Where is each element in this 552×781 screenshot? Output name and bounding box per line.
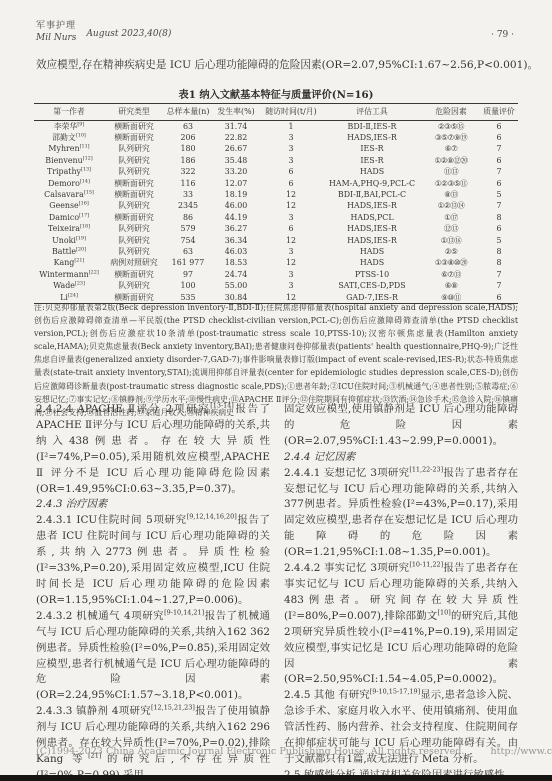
incidence-cell: 46.00 xyxy=(212,200,260,211)
risk-factors-cell: ①⑬⑯ xyxy=(422,234,480,245)
table-row: Teixeira[18]队列研究57936.276HADS,IES-R⑫⑬6 xyxy=(34,223,518,234)
table-row: Wade[23]队列研究10055.003SATI,CES-D,PDS⑥⑧7 xyxy=(34,280,518,291)
table-column-header: 第一作者 xyxy=(34,104,104,121)
study-type-cell: 横断面研究 xyxy=(104,269,164,280)
follow-up-cell: 3 xyxy=(260,280,322,291)
author-cell: Wade[23] xyxy=(34,280,104,291)
body-column-left: 2.4.2.4 APACHE Ⅱ评分 2项研究[13-14]报告了APACHE … xyxy=(36,402,270,781)
assessment-tools-cell: HAM-A,PHQ-9,PCL-C xyxy=(322,177,422,188)
table-row: Damico[17]横断面研究8644.193HADS,PCL①⑰8 xyxy=(34,212,518,223)
assessment-tools-cell: HADS,PCL xyxy=(322,212,422,223)
author-cell: Unoki[19] xyxy=(34,234,104,245)
sample-size-cell: 100 xyxy=(164,280,212,291)
study-type-cell: 队列研究 xyxy=(104,280,164,291)
sample-size-cell: 116 xyxy=(164,177,212,188)
risk-factors-cell: ②③⑤⑮ xyxy=(422,120,480,132)
follow-up-cell: 12 xyxy=(260,257,322,268)
copyright-text: (C)1994-2023 China Academic Journal Elec… xyxy=(36,746,464,757)
quality-score-cell: 6 xyxy=(480,223,518,234)
table-body: 李荣华[9]横断面研究6331.741BDI-Ⅱ,IES-R②③⑤⑮6邵勤文[1… xyxy=(34,120,518,303)
table-column-header: 总样本量(n) xyxy=(164,104,212,121)
journal-name-en: Mil Nurs xyxy=(36,32,76,44)
follow-up-cell: 12 xyxy=(260,234,322,245)
intro-line: 效应模型,存在精神疾病史是 ICU 后心理功能障碍的 危险因素(OR=2.07,… xyxy=(36,57,518,73)
follow-up-cell: 6 xyxy=(260,177,322,188)
body-paragraph: 固定效应模型,使用镇静剂是 ICU 后心理功能障碍的危险因素(OR=2.07,9… xyxy=(284,402,518,450)
quality-score-cell: 6 xyxy=(480,120,518,132)
risk-factors-cell: ①②⑬⑭ xyxy=(422,200,480,211)
table-row: Myhren[11]队列研究18026.673IES-R⑥⑦7 xyxy=(34,143,518,154)
incidence-cell: 35.48 xyxy=(212,155,260,166)
table-row: Wintermann[22]横断面研究9724.743PTSS-10⑥⑦⑬7 xyxy=(34,269,518,280)
study-type-cell: 横断面研究 xyxy=(104,189,164,200)
risk-factors-cell: ②⑤ xyxy=(422,246,480,257)
incidence-cell: 22.82 xyxy=(212,132,260,143)
follow-up-cell: 1 xyxy=(260,120,322,132)
table-column-header: 研究类型 xyxy=(104,104,164,121)
follow-up-cell: 6 xyxy=(260,223,322,234)
table-row: 邵勤文[10]横断面研究20622.823HADS,IES-R③⑤⑦⑨⑲6 xyxy=(34,132,518,143)
incidence-cell: 46.03 xyxy=(212,246,260,257)
table-row: Tripathy[13]队列研究32233.206HADS⑪⑬7 xyxy=(34,166,518,177)
assessment-tools-cell: PTSS-10 xyxy=(322,269,422,280)
page-header: 军事护理 Mil Nurs August 2023,40(8) · 79 · xyxy=(36,20,516,54)
author-cell: 邵勤文[10] xyxy=(34,132,104,143)
quality-score-cell: 8 xyxy=(480,257,518,268)
study-type-cell: 横断面研究 xyxy=(104,212,164,223)
sample-size-cell: 33 xyxy=(164,189,212,200)
assessment-tools-cell: SATI,CES-D,PDS xyxy=(322,280,422,291)
study-type-cell: 队列研究 xyxy=(104,143,164,154)
incidence-cell: 31.74 xyxy=(212,120,260,132)
sample-size-cell: 186 xyxy=(164,155,212,166)
author-cell: Wintermann[22] xyxy=(34,269,104,280)
study-type-cell: 横断面研究 xyxy=(104,177,164,188)
sample-size-cell: 206 xyxy=(164,132,212,143)
table-row: Battle[20]队列研究6346.033HADS②⑤8 xyxy=(34,246,518,257)
quality-score-cell: 6 xyxy=(480,155,518,166)
author-cell: Teixeira[18] xyxy=(34,223,104,234)
journal-issue: August 2023,40(8) xyxy=(86,26,171,39)
assessment-tools-cell: HADS,IES-R xyxy=(322,234,422,245)
table-row: Demoro[14]横断面研究11612.076HAM-A,PHQ-9,PCL-… xyxy=(34,177,518,188)
assessment-tools-cell: HADS xyxy=(322,166,422,177)
sample-size-cell: 161 977 xyxy=(164,257,212,268)
risk-factors-cell: ⑪⑬ xyxy=(422,166,480,177)
journal-name-cn: 军事护理 xyxy=(36,20,76,32)
table-column-header: 发生率(%) xyxy=(212,104,260,121)
table-row: Bienvenu[12]队列研究18635.483IES-R①②⑧⑫⑳6 xyxy=(34,155,518,166)
paper-page: 军事护理 Mil Nurs August 2023,40(8) · 79 · 效… xyxy=(0,0,552,781)
risk-factors-cell: ①②③⑤⑪ xyxy=(422,177,480,188)
table-column-header: 危险因素 xyxy=(422,104,480,121)
risk-factors-cell: ①③⑧⑩⑳ xyxy=(422,257,480,268)
assessment-tools-cell: IES-R xyxy=(322,155,422,166)
assessment-tools-cell: IES-R xyxy=(322,143,422,154)
assessment-tools-cell: HADS xyxy=(322,246,422,257)
sample-size-cell: 180 xyxy=(164,143,212,154)
table-column-header: 随访时间(t/月) xyxy=(260,104,322,121)
intro-line-right: 危险因素(OR=2.07,95%CI:1.67~2.56,P<0.001)。 xyxy=(279,57,538,73)
page-number: · 79 · xyxy=(491,30,514,40)
quality-score-cell: 6 xyxy=(480,132,518,143)
study-type-cell: 队列研究 xyxy=(104,200,164,211)
sample-size-cell: 754 xyxy=(164,234,212,245)
table-row: Unoki[19]队列研究75436.3412HADS,IES-R①⑬⑯5 xyxy=(34,234,518,245)
quality-score-cell: 7 xyxy=(480,200,518,211)
quality-score-cell: 5 xyxy=(480,189,518,200)
quality-score-cell: 7 xyxy=(480,143,518,154)
incidence-cell: 18.53 xyxy=(212,257,260,268)
incidence-cell: 36.34 xyxy=(212,234,260,245)
quality-score-cell: 8 xyxy=(480,246,518,257)
follow-up-cell: 6 xyxy=(260,166,322,177)
body-paragraph: 2.4.4.2 事实记忆 3项研究[10-11,22]报告了患者存在事实记忆与 … xyxy=(284,561,518,688)
table-row: 李荣华[9]横断面研究6331.741BDI-Ⅱ,IES-R②③⑤⑮6 xyxy=(34,120,518,132)
table-row: Kang[21]病例对照研究161 97718.5312HADS①③⑧⑩⑳8 xyxy=(34,257,518,268)
author-cell: Kang[21] xyxy=(34,257,104,268)
incidence-cell: 26.67 xyxy=(212,143,260,154)
assessment-tools-cell: BDI-Ⅱ,IES-R xyxy=(322,120,422,132)
study-type-cell: 队列研究 xyxy=(104,223,164,234)
follow-up-cell: 12 xyxy=(260,200,322,211)
author-cell: Damico[17] xyxy=(34,212,104,223)
body-paragraph: 2.4.2.4 APACHE Ⅱ评分 2项研究[13-14]报告了APACHE … xyxy=(36,402,270,497)
study-type-cell: 队列研究 xyxy=(104,246,164,257)
table-header-row: 第一作者研究类型总样本量(n)发生率(%)随访时间(t/月)评估工具危险因素质量… xyxy=(34,104,518,121)
quality-score-cell: 7 xyxy=(480,269,518,280)
cnki-url[interactable]: http://www.cnki.net xyxy=(490,746,552,757)
sample-size-cell: 579 xyxy=(164,223,212,234)
table-column-header: 评估工具 xyxy=(322,104,422,121)
risk-factors-cell: ⑧⑬ xyxy=(422,189,480,200)
author-cell: Demoro[14] xyxy=(34,177,104,188)
incidence-cell: 33.20 xyxy=(212,166,260,177)
incidence-cell: 18.19 xyxy=(212,189,260,200)
scan-bottom-bar xyxy=(0,775,552,781)
quality-score-cell: 6 xyxy=(480,177,518,188)
sample-size-cell: 63 xyxy=(164,246,212,257)
incidence-cell: 44.19 xyxy=(212,212,260,223)
intro-line-left: 效应模型,存在精神疾病史是 ICU 后心理功能障碍的 xyxy=(36,57,279,73)
author-cell: Bienvenu[12] xyxy=(34,155,104,166)
sample-size-cell: 2345 xyxy=(164,200,212,211)
table-row: Calsavara[15]横断面研究3318.1912BDI-Ⅱ,BAI,PCL… xyxy=(34,189,518,200)
body-column-right: 固定效应模型,使用镇静剂是 ICU 后心理功能障碍的危险因素(OR=2.07,9… xyxy=(284,402,518,781)
sample-size-cell: 97 xyxy=(164,269,212,280)
author-cell: 李荣华[9] xyxy=(34,120,104,132)
risk-factors-cell: ⑥⑦ xyxy=(422,143,480,154)
sample-size-cell: 63 xyxy=(164,120,212,132)
assessment-tools-cell: BDI-Ⅱ,BAI,PCL-C xyxy=(322,189,422,200)
section-heading: 2.4.3 治疗因素 xyxy=(36,497,270,513)
study-table: 第一作者研究类型总样本量(n)发生率(%)随访时间(t/月)评估工具危险因素质量… xyxy=(34,103,518,304)
table-title: 表1 纳入文献基本特征与质量评价(N=16) xyxy=(0,86,552,101)
quality-score-cell: 7 xyxy=(480,166,518,177)
study-type-cell: 横断面研究 xyxy=(104,120,164,132)
risk-factors-cell: ⑥⑦⑬ xyxy=(422,269,480,280)
body-text: 2.4.2.4 APACHE Ⅱ评分 2项研究[13-14]报告了APACHE … xyxy=(36,402,518,781)
follow-up-cell: 3 xyxy=(260,155,322,166)
risk-factors-cell: ③⑤⑦⑨⑲ xyxy=(422,132,480,143)
assessment-tools-cell: HADS xyxy=(322,257,422,268)
table-row: Geense[16]队列研究234546.0012HADS,IES-R①②⑬⑭7 xyxy=(34,200,518,211)
follow-up-cell: 3 xyxy=(260,132,322,143)
quality-score-cell: 5 xyxy=(480,234,518,245)
incidence-cell: 36.27 xyxy=(212,223,260,234)
author-cell: Tripathy[13] xyxy=(34,166,104,177)
quality-score-cell: 8 xyxy=(480,212,518,223)
body-paragraph: 2.4.3.2 机械通气 4项研究[9-10,14,21]报告了机械通气与 IC… xyxy=(36,609,270,704)
sample-size-cell: 86 xyxy=(164,212,212,223)
study-type-cell: 队列研究 xyxy=(104,166,164,177)
sample-size-cell: 322 xyxy=(164,166,212,177)
risk-factors-cell: ①②⑧⑫⑳ xyxy=(422,155,480,166)
author-cell: Calsavara[15] xyxy=(34,189,104,200)
author-cell: Geense[16] xyxy=(34,200,104,211)
body-paragraph: 2.4.3.3 镇静剂 4项研究[12,15,21,23]报告了使用镇静剂与 I… xyxy=(36,704,270,781)
follow-up-cell: 3 xyxy=(260,246,322,257)
footer: (C)1994-2023 China Academic Journal Elec… xyxy=(36,746,522,757)
section-heading: 2.4.4 记忆因素 xyxy=(284,450,518,466)
follow-up-cell: 3 xyxy=(260,143,322,154)
assessment-tools-cell: HADS,IES-R xyxy=(322,223,422,234)
body-paragraph: 2.4.4.1 妄想记忆 3项研究[11,22-23]报告了患者存在妄想记忆与 … xyxy=(284,466,518,561)
incidence-cell: 12.07 xyxy=(212,177,260,188)
risk-factors-cell: ①⑰ xyxy=(422,212,480,223)
study-type-cell: 队列研究 xyxy=(104,234,164,245)
risk-factors-cell: ⑫⑬ xyxy=(422,223,480,234)
study-type-cell: 病例对照研究 xyxy=(104,257,164,268)
assessment-tools-cell: HADS,IES-R xyxy=(322,200,422,211)
incidence-cell: 55.00 xyxy=(212,280,260,291)
author-cell: Battle[20] xyxy=(34,246,104,257)
follow-up-cell: 3 xyxy=(260,212,322,223)
risk-factors-cell: ⑥⑧ xyxy=(422,280,480,291)
incidence-cell: 24.74 xyxy=(212,269,260,280)
journal-name: 军事护理 Mil Nurs xyxy=(36,20,76,44)
body-paragraph: 2.4.3.1 ICU住院时间 5项研究[9,12,14,16,20]报告了患者… xyxy=(36,513,270,608)
study-type-cell: 队列研究 xyxy=(104,155,164,166)
follow-up-cell: 12 xyxy=(260,189,322,200)
table-column-header: 质量评价 xyxy=(480,104,518,121)
assessment-tools-cell: HADS,IES-R xyxy=(322,132,422,143)
author-cell: Myhren[11] xyxy=(34,143,104,154)
study-type-cell: 横断面研究 xyxy=(104,132,164,143)
quality-score-cell: 7 xyxy=(480,280,518,291)
follow-up-cell: 3 xyxy=(260,269,322,280)
